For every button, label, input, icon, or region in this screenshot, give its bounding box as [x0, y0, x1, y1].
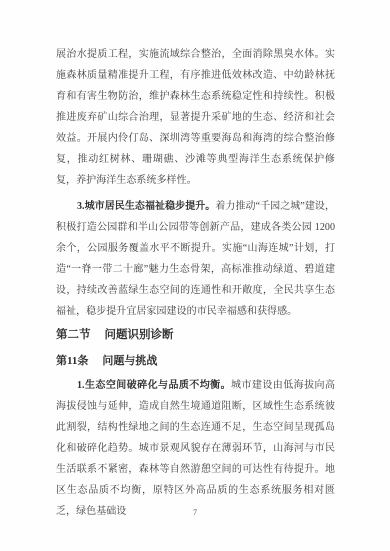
document-page: 展治水提质工程，实施流域综合整治，全面消除黑臭水体。实施森林质量精准提升工程，有… [0, 0, 390, 551]
paragraph-text: 展治水提质工程，实施流域综合整治，全面消除黑臭水体。实施森林质量精准提升工程，有… [56, 49, 335, 186]
paragraph-text: 城市建设由低海拔向高海拔侵蚀与延伸，造成自然生境通道阻断，区域性生态系统彼此割裂… [56, 380, 335, 517]
article-number: 第11条 [56, 355, 88, 367]
paragraph-text: 着力推动“千园之城”建设，积极打造公园群和半山公园带等创新产品，建成各类公园 1… [56, 201, 335, 317]
paragraph-lead-bold: 1.生态空间破碎化与品质不均衡。 [77, 380, 231, 391]
body-paragraph-problems: 1.生态空间破碎化与品质不均衡。城市建设由低海拔向高海拔侵蚀与延伸，造成自然生境… [56, 375, 335, 522]
section-heading: 第二节问题识别诊断 [56, 325, 335, 346]
article-heading: 第11条问题与挑战 [56, 351, 335, 372]
paragraph-lead-bold: 3.城市居民生态福祉稳步提升。 [77, 201, 215, 212]
section-title: 问题识别诊断 [105, 329, 174, 341]
section-number: 第二节 [56, 329, 91, 341]
body-paragraph-continuation: 展治水提质工程，实施流域综合整治，全面消除黑臭水体。实施森林质量精准提升工程，有… [56, 44, 335, 191]
page-number: 7 [0, 506, 390, 520]
body-paragraph-urban-welfare: 3.城市居民生态福祉稳步提升。着力推动“千园之城”建设，积极打造公园群和半山公园… [56, 196, 335, 322]
article-title: 问题与挑战 [102, 355, 157, 367]
